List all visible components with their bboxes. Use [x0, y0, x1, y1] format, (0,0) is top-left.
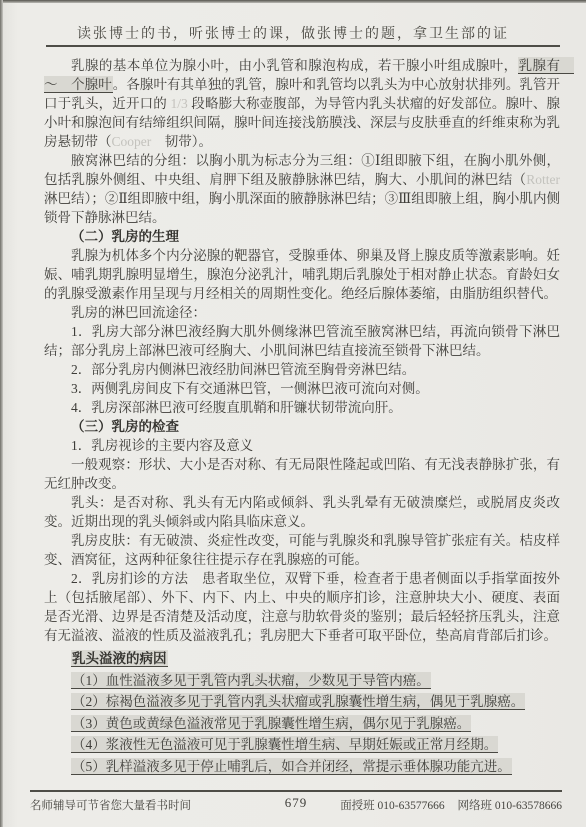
header-divider [46, 45, 560, 47]
footer-divider [30, 790, 562, 792]
text-segment: 韧带）。 [151, 134, 212, 149]
highlight-segment: （5）乳样溢液多见于停止哺乳后，如合并闭经，常提示垂体腺功能亢进。 [71, 758, 512, 775]
text-segment: 4．乳房深部淋巴液可经腹直肌鞘和肝镰状韧带流向肝。 [71, 400, 402, 415]
footer-contacts: 面授班 010-63577666 网络班 010-63578666 [330, 797, 562, 813]
heading-breast-physiology: （二）乳房的生理 [44, 227, 560, 246]
faint-print-segment: Rotter [526, 172, 560, 187]
para-physiology: 乳腺为机体多个内分泌腺的靶器官，受腺垂体、卵巢及肾上腺皮质等激素影响。妊娠、哺乳… [44, 246, 560, 303]
para-discharge-cause-3: （3）黄色或黄绿色溢液常见于乳腺囊性增生病，偶尔见于乳腺癌。 [44, 714, 560, 734]
text-segment: 乳头：是否对称、乳头有无内陷或倾斜、乳头乳晕有无破溃糜烂，或脱屑皮炎改变。近期出… [44, 495, 560, 529]
bold-heading-segment: （二）乳房的生理 [71, 229, 179, 244]
scan-edge-top [0, 0, 586, 3]
footer-note: 名师辅导可节省您大量看书时间 [30, 797, 191, 813]
text-segment: 一般观察：形状、大小是否对称、有无局限性隆起或凹陷、有无浅表静脉扩张，有无红肿改… [44, 457, 560, 491]
footer-phone-face-class: 面授班 010-63577666 [340, 800, 444, 812]
highlight-segment: （2）棕褐色溢液多见于乳管内乳头状瘤或乳腺囊性增生病，偶见于乳腺癌。 [71, 693, 525, 710]
highlight-segment: （3）黄色或黄绿色溢液常见于乳腺囊性增生病，偶尔见于乳腺癌。 [71, 715, 471, 732]
para-lymph-return-1: 1．乳房大部分淋巴液经胸大肌外侧缘淋巴管流至腋窝淋巴结，再流向锁骨下淋巴结；部分… [44, 322, 560, 360]
text-segment: 乳腺为机体多个内分泌腺的靶器官，受腺垂体、卵巢及肾上腺皮质等激素影响。妊娠、哺乳… [44, 248, 560, 301]
para-lymph-return-title: 乳房的淋巴回流途径： [44, 303, 560, 322]
scan-edge-left [0, 0, 3, 827]
page-header-slogan: 读张博士的书，听张博士的课，做张博士的题，拿卫生部的证 [0, 23, 586, 43]
para-discharge-cause-5: （5）乳样溢液多见于停止哺乳后，如合并闭经，常提示垂体腺功能亢进。 [44, 757, 560, 777]
para-discharge-cause-1: （1）血性溢液多见于乳管内乳头状瘤，少数见于导管内癌。 [44, 671, 560, 691]
faint-print-segment: 1/3 [167, 96, 191, 111]
para-lymph-return-3: 3．两侧乳房间皮下有交通淋巴管，一侧淋巴液可流向对侧。 [44, 379, 560, 398]
text-segment: 1．乳房大部分淋巴液经胸大肌外侧缘淋巴管流至腋窝淋巴结，再流向锁骨下淋巴结；部分… [44, 324, 560, 358]
heading-breast-examination: （三）乳房的检查 [44, 417, 560, 436]
para-palpation-method: 2．乳房扪诊的方法 患者取坐位，双臂下垂，检查者于患者侧面以手指掌面按外上（包括… [44, 569, 560, 645]
heading-nipple-discharge-causes: 乳头溢液的病因 [44, 649, 560, 669]
para-inspection-title: 1．乳房视诊的主要内容及意义 [44, 436, 560, 455]
para-breast-skin: 乳房皮肤：有无破溃、炎症性改变，可能与乳腺炎和乳腺导管扩张症有关。桔皮样变、酒窝… [44, 531, 560, 569]
para-discharge-cause-4: （4）浆液性无色溢液可见于乳腺囊性增生病、早期妊娠或正常月经期。 [44, 735, 560, 755]
scanned-book-page: 读张博士的书，听张博士的课，做张博士的题，拿卫生部的证 乳腺的基本单位为腺小叶，… [0, 0, 586, 827]
highlight-segment: 乳头溢液的病因 [71, 650, 168, 667]
text-segment: 3．两侧乳房间皮下有交通淋巴管，一侧淋巴液可流向对侧。 [71, 381, 429, 396]
text-segment: 乳房的淋巴回流途径： [71, 305, 206, 320]
highlight-segment: （4）浆液性无色溢液可见于乳腺囊性增生病、早期妊娠或正常月经期。 [71, 736, 498, 753]
para-discharge-cause-2: （2）棕褐色溢液多见于乳管内乳头状瘤或乳腺囊性增生病，偶见于乳腺癌。 [44, 692, 560, 712]
highlight-segment: （1）血性溢液多见于乳管内乳头状瘤，少数见于导管内癌。 [71, 672, 431, 689]
text-segment: 2．部分乳房内侧淋巴液经肋间淋巴管流至胸骨旁淋巴结。 [71, 362, 415, 377]
faint-print-segment: Cooper [112, 134, 152, 149]
text-segment: 1．乳房视诊的主要内容及意义 [71, 438, 253, 453]
text-segment: 乳房皮肤：有无破溃、炎症性改变，可能与乳腺炎和乳腺导管扩张症有关。桔皮样变、酒窝… [44, 533, 560, 567]
text-segment: 淋巴结）；②Ⅱ组即腋中组，胸小肌深面的腋静脉淋巴结；③Ⅲ组即腋上组，胸小肌内侧锁… [44, 191, 560, 225]
page-number: 679 [285, 795, 308, 811]
para-nipple: 乳头：是否对称、乳头有无内陷或倾斜、乳头乳晕有无破溃糜烂，或脱屑皮炎改变。近期出… [44, 493, 560, 531]
footer-phone-net-class: 网络班 010-63578666 [458, 800, 562, 812]
text-segment: 乳腺的基本单位为腺小叶，由小乳管和腺泡构成，若干腺小叶组成腺叶， [71, 58, 518, 73]
para-general-observation: 一般观察：形状、大小是否对称、有无局限性隆起或凹陷、有无浅表静脉扩张，有无红肿改… [44, 455, 560, 493]
para-lymph-return-4: 4．乳房深部淋巴液可经腹直肌鞘和肝镰状韧带流向肝。 [44, 398, 560, 417]
document-body: 乳腺的基本单位为腺小叶，由小乳管和腺泡构成，若干腺小叶组成腺叶，乳腺有 ～ 个腺… [44, 56, 560, 777]
para-axillary-lymph-groups: 腋窝淋巴结的分组：以胸小肌为标志分为三组：①Ⅰ组即腋下组，在胸小肌外侧，包括乳腺… [44, 151, 560, 227]
para-lymph-return-2: 2．部分乳房内侧淋巴液经肋间淋巴管流至胸骨旁淋巴结。 [44, 360, 560, 379]
text-segment: 腋窝淋巴结的分组：以胸小肌为标志分为三组：①Ⅰ组即腋下组，在胸小肌外侧，包括乳腺… [44, 153, 560, 187]
para-breast-basic-unit: 乳腺的基本单位为腺小叶，由小乳管和腺泡构成，若干腺小叶组成腺叶，乳腺有 ～ 个腺… [44, 56, 560, 151]
bold-heading-segment: （三）乳房的检查 [71, 419, 179, 434]
text-segment: 2．乳房扪诊的方法 患者取坐位，双臂下垂，检查者于患者侧面以手指掌面按外上（包括… [44, 571, 560, 643]
page-footer: 名师辅导可节省您大量看书时间 679 面授班 010-63577666 网络班 … [30, 797, 562, 813]
